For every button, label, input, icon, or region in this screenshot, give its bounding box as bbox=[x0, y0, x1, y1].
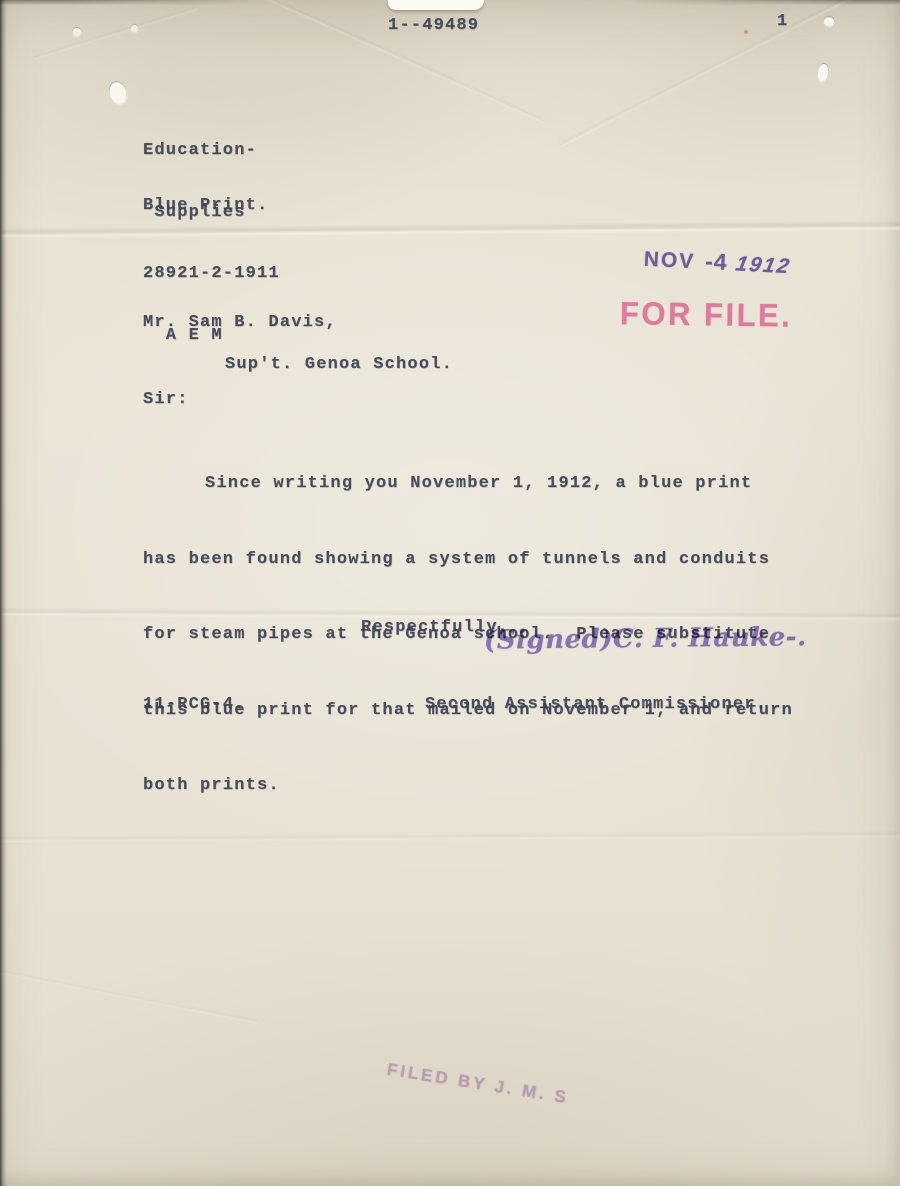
salutation: Sir: bbox=[143, 390, 189, 409]
stamp-day: -4 bbox=[705, 248, 729, 275]
reference-number: 11-RCG-4. bbox=[143, 695, 246, 714]
header-line: Education- bbox=[143, 139, 280, 163]
document-page: 1--49489 1 Education- Supplies 28921-2-1… bbox=[0, 0, 900, 1186]
crease bbox=[0, 961, 258, 1024]
doc-number: 1--49489 bbox=[388, 16, 479, 35]
date-received-stamp: NOV-41912 bbox=[624, 226, 792, 298]
body-line: has been found showing a system of tunne… bbox=[143, 541, 793, 579]
scan-edge bbox=[0, 0, 7, 1186]
stamp-month: NOV bbox=[643, 248, 696, 274]
stamp-year: 1912 bbox=[733, 253, 792, 280]
crease bbox=[33, 5, 197, 60]
body-line: both prints. bbox=[143, 767, 793, 805]
recipient-name: Mr. Sam B. Davis, bbox=[143, 313, 337, 332]
pin-hole bbox=[131, 25, 138, 32]
signer-title: Second Assistant Commissioner. bbox=[425, 695, 767, 714]
scan-edge bbox=[0, 0, 900, 5]
pin-hole bbox=[817, 63, 829, 81]
paper-fleck bbox=[744, 30, 748, 34]
pin-hole bbox=[107, 80, 129, 106]
for-file-stamp: FOR FILE. bbox=[620, 295, 793, 335]
body-line: Since writing you November 1, 1912, a bl… bbox=[143, 465, 793, 503]
pin-hole bbox=[73, 28, 81, 36]
filed-by-stamp: FILED BY J. M. S bbox=[386, 1060, 571, 1108]
file-reference-block: Education- Supplies 28921-2-1911 A E M bbox=[143, 101, 280, 385]
subject-line: Blue Print. bbox=[143, 196, 268, 215]
page-number: 1 bbox=[777, 12, 788, 31]
pin-hole bbox=[824, 17, 834, 26]
header-line: 28921-2-1911 bbox=[143, 262, 280, 286]
recipient-title: Sup't. Genoa School. bbox=[225, 355, 453, 374]
signature-stamp: (Signed)C. F. Hauke-. bbox=[484, 622, 807, 655]
